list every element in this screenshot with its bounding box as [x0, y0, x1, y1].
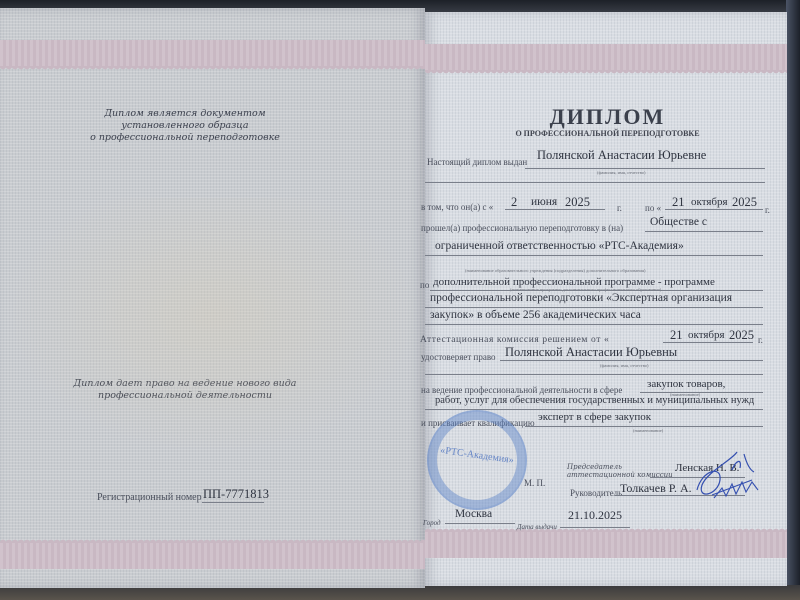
org-line-2: ограниченной ответственностью «РТС-Акаде… [435, 240, 684, 252]
program-underline [430, 290, 763, 291]
hint-fio: (фамилия, имя, отчество) [600, 363, 649, 368]
end-day: 21 [672, 195, 685, 210]
commission-label: Аттестационная комиссия решением от « [420, 335, 609, 345]
start-month: июня [531, 196, 557, 208]
head-label: Руководитель [570, 488, 622, 498]
commission-day: 21 [670, 328, 683, 343]
rights-note: Диплом дает право на ведение нового вида… [60, 378, 310, 402]
left-page: Диплом является документом установленног… [0, 8, 425, 588]
org-underline [645, 231, 763, 232]
status-note: Диплом является документом установленног… [70, 108, 300, 144]
commission-month: октября [688, 329, 725, 341]
program-label: по [420, 280, 429, 290]
security-band-bottom [425, 532, 787, 558]
issue-date-value: 21.10.2025 [568, 508, 622, 523]
city-label: Город [423, 519, 441, 527]
year-suffix: г. [758, 335, 763, 345]
diploma-subtitle: О ПРОФЕССИОНАЛЬНОЙ ПЕРЕПОДГОТОВКЕ [485, 129, 730, 138]
end-month: октября [691, 196, 728, 208]
chair-label-line: Председатель [567, 463, 673, 471]
seal-label: М. П. [524, 478, 545, 488]
rights-note-line: Диплом дает право на ведение нового вида [60, 378, 310, 390]
blank-line [425, 374, 763, 375]
issue-date-label: Дата выдачи [517, 523, 557, 531]
hint-fio: (фамилия, имя, отчество) [597, 170, 646, 175]
start-day: 2 [511, 195, 517, 210]
head-name: Толкачев Р. А. [620, 481, 692, 496]
activity-line-2: работ, услуг для обеспечения государстве… [435, 395, 754, 406]
to-label: по « [645, 203, 661, 213]
program-underline [425, 324, 763, 325]
program-underline [425, 307, 763, 308]
security-band-bottom [0, 543, 425, 569]
end-year: 2025 [732, 195, 757, 210]
activity-line-1: закупок товаров, [647, 378, 725, 390]
activity-label: на ведение профессиональной деятельности… [421, 385, 622, 395]
status-note-line: о профессиональной переподготовке [70, 132, 300, 144]
commission-date-underline [663, 342, 753, 343]
registration-number: ПП-7771813 [203, 487, 269, 502]
status-note-line: Диплом является документом [70, 108, 300, 120]
city-value: Москва [455, 508, 492, 520]
city-underline [445, 523, 515, 524]
certifies-underline [500, 360, 763, 361]
program-line-3: закупок» в объеме 256 академических часа [430, 309, 641, 321]
registration-label: Регистрационный номер [97, 492, 202, 503]
period-prefix: в том, что он(а) с « [421, 202, 493, 212]
year-suffix: г. [765, 205, 770, 215]
commission-year: 2025 [729, 328, 754, 343]
program-line-2: профессиональной переподготовки «Эксперт… [430, 292, 732, 304]
hint-org: (наименование образовательного учреждени… [465, 268, 646, 273]
org-underline [425, 255, 763, 256]
security-band-top [0, 40, 425, 66]
rights-note-line: профессиональной деятельности [60, 390, 310, 402]
diploma-title: ДИПЛОМ [520, 104, 695, 130]
signature-chair [692, 450, 772, 510]
issued-to-label: Настоящий диплом выдан [427, 157, 527, 167]
org-line-1: Обществе с [650, 216, 707, 228]
hint-qualification: (наименование) [633, 428, 663, 433]
certifies-value: Полянской Анастасии Юрьевны [505, 345, 677, 360]
certifies-label: удостоверяет право [421, 352, 496, 362]
registration-underline [202, 502, 264, 503]
year-suffix: г. [617, 203, 622, 213]
organization-stamp: «РТС-Академия» [427, 410, 527, 510]
qualification-underline [525, 426, 763, 427]
issued-to-underline [525, 168, 765, 169]
completed-label: прошел(а) профессиональную переподготовк… [421, 223, 623, 233]
issued-to-value: Полянской Анастасии Юрьевне [537, 148, 706, 163]
qualification-value: эксперт в сфере закупок [538, 411, 651, 423]
status-note-line: установленного образца [70, 120, 300, 132]
stamp-text: «РТС-Академия» [437, 444, 518, 466]
diploma-cover-edge [786, 0, 800, 600]
blank-line [425, 182, 765, 183]
issue-date-underline [560, 527, 630, 528]
start-date-underline [505, 209, 605, 210]
security-band-top [425, 44, 787, 70]
right-page: ДИПЛОМ О ПРОФЕССИОНАЛЬНОЙ ПЕРЕПОДГОТОВКЕ… [425, 12, 787, 586]
end-date-underline [665, 209, 763, 210]
start-year: 2025 [565, 195, 590, 210]
activity-underline [640, 392, 763, 393]
